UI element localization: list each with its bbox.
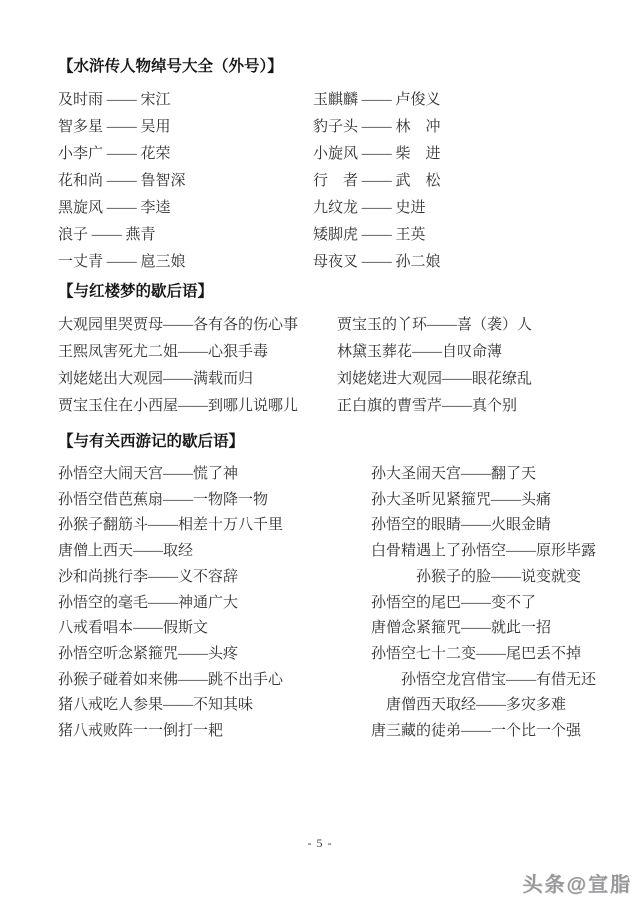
section-xiyouji-xiehouyu: 【与有关西游记的歇后语】 孙悟空大闹天宫——慌了神孙大圣闹天宫——翻了天孙悟空借…	[58, 431, 630, 745]
entry-right: 唐三藏的徒弟——一个比一个强	[371, 719, 630, 745]
entry-left: 小李广 —— 花荣	[58, 141, 313, 168]
entry-right: 孙悟空的尾巴——变不了	[371, 591, 630, 617]
entry-right: 豹子头 —— 林 冲	[313, 114, 630, 141]
entry-row: 孙悟空的毫毛——神通广大孙悟空的尾巴——变不了	[58, 591, 630, 617]
entry-left: 贾宝玉住在小西屋——到哪儿说哪儿	[58, 393, 337, 420]
section-honglou-xiehouyu: 【与红楼梦的歇后语】 大观园里哭贾母——各有各的伤心事贾宝玉的丫环——喜（袭）人…	[58, 281, 630, 420]
entry-row: 猪八戒败阵一一倒打一耙唐三藏的徒弟——一个比一个强	[58, 719, 630, 745]
document-page: 【水浒传人物绰号大全（外号）】 及时雨 —— 宋江玉麒麟 —— 卢俊义智多星 —…	[0, 0, 640, 905]
entry-right: 正白旗的曹雪芹——真个别	[337, 393, 630, 420]
entry-list: 及时雨 —— 宋江玉麒麟 —— 卢俊义智多星 —— 吴用豹子头 —— 林 冲小李…	[58, 87, 630, 276]
entry-row: 黑旋风 —— 李逵九纹龙 —— 史进	[58, 195, 630, 222]
entry-left: 大观园里哭贾母——各有各的伤心事	[58, 312, 337, 339]
entry-row: 贾宝玉住在小西屋——到哪儿说哪儿正白旗的曹雪芹——真个别	[58, 393, 630, 420]
entry-right: 白骨精遇上了孙悟空——原形毕露	[371, 539, 630, 565]
section-title: 【与红楼梦的歇后语】	[58, 281, 630, 303]
entry-right: 行 者 —— 武 松	[313, 168, 630, 195]
entry-right: 孙大圣闹天宫——翻了天	[371, 462, 630, 488]
entry-left: 智多星 —— 吴用	[58, 114, 313, 141]
entry-row: 浪子 —— 燕青矮脚虎 —— 王英	[58, 222, 630, 249]
entry-left: 孙猴子翻筋斗——相差十万八千里	[58, 513, 371, 539]
entry-right: 林黛玉葬花——自叹命薄	[337, 339, 630, 366]
entry-left: 浪子 —— 燕青	[58, 222, 313, 249]
entry-row: 及时雨 —— 宋江玉麒麟 —— 卢俊义	[58, 87, 630, 114]
entry-left: 刘姥姥出大观园——满载而归	[58, 366, 337, 393]
entry-right: 孙悟空的眼睛——火眼金睛	[371, 513, 630, 539]
entry-row: 沙和尚挑行李——义不容辞 孙猴子的脸——说变就变	[58, 565, 630, 591]
entry-row: 孙悟空借芭蕉扇——一物降一物孙大圣听见紧箍咒——头痛	[58, 488, 630, 514]
entry-row: 一丈青 —— 扈三娘母夜叉 —— 孙二娘	[58, 249, 630, 276]
entry-row: 八戒看唱本——假斯文唐僧念紧箍咒——就此一招	[58, 616, 630, 642]
entry-row: 花和尚 —— 鲁智深行 者 —— 武 松	[58, 168, 630, 195]
entry-row: 猪八戒吃人参果——不知其味 唐僧西天取经——多灾多难	[58, 693, 630, 719]
entry-row: 王熙凤害死尤二姐——心狠手毒林黛玉葬花——自叹命薄	[58, 339, 630, 366]
entry-right: 孙猴子的脸——说变就变	[371, 565, 630, 591]
entry-list: 孙悟空大闹天宫——慌了神孙大圣闹天宫——翻了天孙悟空借芭蕉扇——一物降一物孙大圣…	[58, 462, 630, 745]
entry-left: 孙悟空的毫毛——神通广大	[58, 591, 371, 617]
entry-right: 孙大圣听见紧箍咒——头痛	[371, 488, 630, 514]
entry-row: 智多星 —— 吴用豹子头 —— 林 冲	[58, 114, 630, 141]
entry-left: 猪八戒吃人参果——不知其味	[58, 693, 371, 719]
entry-right: 孙悟空七十二变——尾巴丢不掉	[371, 642, 630, 668]
entry-right: 唐僧念紧箍咒——就此一招	[371, 616, 630, 642]
section-shuihu-nicknames: 【水浒传人物绰号大全（外号）】 及时雨 —— 宋江玉麒麟 —— 卢俊义智多星 —…	[58, 56, 630, 276]
entry-row: 大观园里哭贾母——各有各的伤心事贾宝玉的丫环——喜（袭）人	[58, 312, 630, 339]
entry-right: 唐僧西天取经——多灾多难	[371, 693, 630, 719]
entry-left: 孙猴子碰着如来佛——跳不出手心	[58, 668, 371, 694]
entry-left: 王熙凤害死尤二姐——心狠手毒	[58, 339, 337, 366]
entry-right: 玉麒麟 —— 卢俊义	[313, 87, 630, 114]
watermark-toutiao: 头条@宣脂	[522, 868, 632, 897]
entry-left: 孙悟空听念紧箍咒——头疼	[58, 642, 371, 668]
entry-left: 唐僧上西天——取经	[58, 539, 371, 565]
entry-row: 孙猴子翻筋斗——相差十万八千里孙悟空的眼睛——火眼金睛	[58, 513, 630, 539]
entry-left: 八戒看唱本——假斯文	[58, 616, 371, 642]
entry-right: 贾宝玉的丫环——喜（袭）人	[337, 312, 630, 339]
entry-right: 矮脚虎 —— 王英	[313, 222, 630, 249]
entry-right: 刘姥姥进大观园——眼花缭乱	[337, 366, 630, 393]
entry-row: 唐僧上西天——取经白骨精遇上了孙悟空——原形毕露	[58, 539, 630, 565]
entry-left: 孙悟空大闹天宫——慌了神	[58, 462, 371, 488]
entry-left: 黑旋风 —— 李逵	[58, 195, 313, 222]
section-title: 【水浒传人物绰号大全（外号）】	[58, 56, 630, 78]
entry-row: 刘姥姥出大观园——满载而归刘姥姥进大观园——眼花缭乱	[58, 366, 630, 393]
section-title: 【与有关西游记的歇后语】	[58, 431, 630, 453]
entry-left: 沙和尚挑行李——义不容辞	[58, 565, 371, 591]
entry-left: 一丈青 —— 扈三娘	[58, 249, 313, 276]
entry-right: 孙悟空龙宫借宝——有借无还	[371, 668, 630, 694]
entry-right: 母夜叉 —— 孙二娘	[313, 249, 630, 276]
entry-row: 孙猴子碰着如来佛——跳不出手心 孙悟空龙宫借宝——有借无还	[58, 668, 630, 694]
entry-list: 大观园里哭贾母——各有各的伤心事贾宝玉的丫环——喜（袭）人王熙凤害死尤二姐——心…	[58, 312, 630, 420]
entry-row: 孙悟空大闹天宫——慌了神孙大圣闹天宫——翻了天	[58, 462, 630, 488]
entry-right: 九纹龙 —— 史进	[313, 195, 630, 222]
entry-row: 小李广 —— 花荣小旋风 —— 柴 进	[58, 141, 630, 168]
page-number: - 5 -	[0, 836, 640, 851]
entry-left: 孙悟空借芭蕉扇——一物降一物	[58, 488, 371, 514]
entry-right: 小旋风 —— 柴 进	[313, 141, 630, 168]
entry-left: 猪八戒败阵一一倒打一耙	[58, 719, 371, 745]
entry-left: 及时雨 —— 宋江	[58, 87, 313, 114]
entry-left: 花和尚 —— 鲁智深	[58, 168, 313, 195]
entry-row: 孙悟空听念紧箍咒——头疼孙悟空七十二变——尾巴丢不掉	[58, 642, 630, 668]
